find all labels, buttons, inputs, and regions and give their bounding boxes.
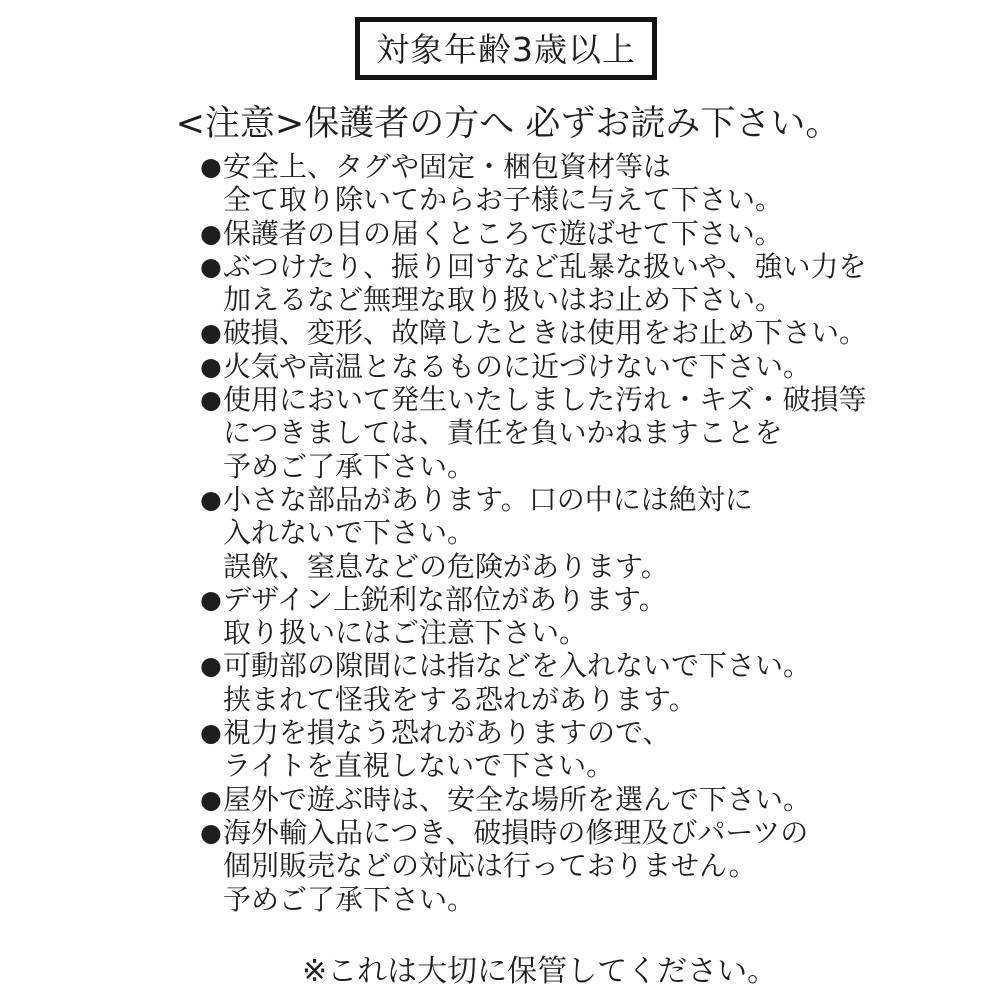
warning-label-page: 対象年齢3歳以上 <注意>保護者の方へ 必ずお読み下さい。 ● 安全上、タグや固…: [0, 0, 1000, 1000]
warning-line: につきましては、責任を負いかねますことを: [223, 416, 866, 449]
warning-item: ● 破損、変形、故障したときは使用をお止め下さい。: [200, 316, 840, 349]
warning-line: 加えるなど無理な取り扱いはお止め下さい。: [223, 283, 866, 316]
warning-line: デザイン上鋭利な部位があります。: [223, 583, 840, 616]
warning-line: 誤飲、窒息などの危険があります。: [223, 550, 840, 583]
warning-line: 入れないで下さい。: [223, 516, 840, 549]
warning-line: 挟まれて怪我をする恐れがあります。: [223, 683, 840, 716]
bullet-icon: ●: [200, 150, 223, 183]
warning-line: 個別販売などの対応は行っておりません。: [223, 849, 840, 882]
warning-line: 破損、変形、故障したときは使用をお止め下さい。: [223, 316, 867, 349]
warning-line: 全て取り除いてからお子様に与えて下さい。: [223, 183, 840, 216]
warning-item: ● 安全上、タグや固定・梱包資材等は 全て取り除いてからお子様に与えて下さい。: [200, 150, 840, 217]
warning-item: ● 保護者の目の届くところで遊ばせて下さい。: [200, 217, 840, 250]
warning-item: ● 視力を損なう恐れがありますので、 ライトを直視しないで下さい。: [200, 716, 840, 783]
bullet-icon: ●: [200, 383, 223, 416]
warning-item: ● 小さな部品があります。口の中には絶対に 入れないで下さい。 誤飲、窒息などの…: [200, 483, 840, 583]
warning-line: ライトを直視しないで下さい。: [223, 749, 840, 782]
warning-line: 小さな部品があります。口の中には絶対に: [223, 483, 840, 516]
warning-item: ● デザイン上鋭利な部位があります。 取り扱いにはご注意下さい。: [200, 583, 840, 650]
warning-item: ● ぶつけたり、振り回すなど乱暴な扱いや、強い力を 加えるなど無理な取り扱いはお…: [200, 250, 840, 317]
notice-heading: <注意>保護者の方へ 必ずお読み下さい。: [176, 96, 841, 146]
warning-line: ぶつけたり、振り回すなど乱暴な扱いや、強い力を: [223, 250, 866, 283]
bullet-icon: ●: [200, 250, 223, 283]
warning-line: 使用において発生いたしました汚れ・キズ・破損等: [223, 383, 866, 416]
age-restriction-label: 対象年齢3歳以上: [376, 30, 636, 69]
warning-line: 取り扱いにはご注意下さい。: [223, 616, 840, 649]
bullet-icon: ●: [200, 483, 223, 516]
bullet-icon: ●: [200, 583, 223, 616]
bullet-icon: ●: [200, 816, 223, 849]
bullet-icon: ●: [200, 649, 223, 682]
warning-line: 安全上、タグや固定・梱包資材等は: [223, 150, 840, 183]
warning-item: ● 海外輸入品につき、破損時の修理及びパーツの 個別販売などの対応は行っておりま…: [200, 816, 840, 916]
age-restriction-box: 対象年齢3歳以上: [355, 17, 657, 80]
bullet-icon: ●: [200, 217, 223, 250]
warning-list: ● 安全上、タグや固定・梱包資材等は 全て取り除いてからお子様に与えて下さい。 …: [200, 150, 840, 916]
warning-item: ● 使用において発生いたしました汚れ・キズ・破損等 につきましては、責任を負いか…: [200, 383, 840, 483]
warning-line: 海外輸入品につき、破損時の修理及びパーツの: [223, 816, 840, 849]
warning-line: 予めご了承下さい。: [223, 450, 866, 483]
storage-note: ※これは大切に保管してください。: [302, 946, 777, 990]
bullet-icon: ●: [200, 350, 223, 383]
warning-line: 可動部の隙間には指などを入れないで下さい。: [223, 649, 840, 682]
warning-line: 予めご了承下さい。: [223, 883, 840, 916]
warning-item: ● 火気や高温となるものに近づけないで下さい。: [200, 350, 840, 383]
warning-item: ● 屋外で遊ぶ時は、安全な場所を選んで下さい。: [200, 783, 840, 816]
bullet-icon: ●: [200, 316, 223, 349]
warning-line: 保護者の目の届くところで遊ばせて下さい。: [223, 217, 840, 250]
warning-line: 屋外で遊ぶ時は、安全な場所を選んで下さい。: [223, 783, 840, 816]
warning-item: ● 可動部の隙間には指などを入れないで下さい。 挟まれて怪我をする恐れがあります…: [200, 649, 840, 716]
warning-line: 視力を損なう恐れがありますので、: [223, 716, 840, 749]
bullet-icon: ●: [200, 716, 223, 749]
bullet-icon: ●: [200, 783, 223, 816]
warning-line: 火気や高温となるものに近づけないで下さい。: [223, 350, 840, 383]
